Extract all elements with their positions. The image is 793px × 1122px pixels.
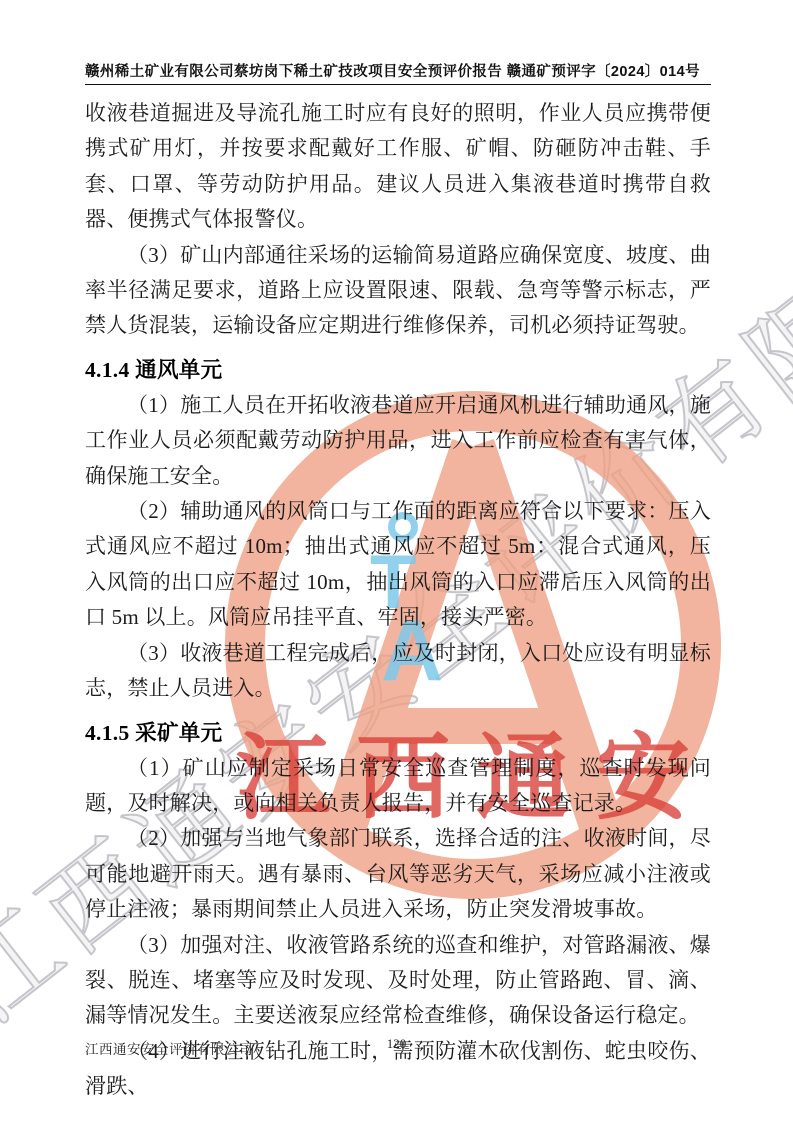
section-heading-4-1-4: 4.1.4 通风单元 bbox=[85, 353, 711, 388]
paragraph: （1）矿山应制定采场日常安全巡查管理制度，巡查时发现问题，及时解决，或向相关负责… bbox=[85, 751, 711, 822]
footer-page-number: 120 bbox=[387, 1036, 407, 1052]
document-page: 江西通安安全评价有限公司 T A 江西通安 赣州稀土矿业有限公司蔡坊岗下稀土矿技… bbox=[0, 0, 793, 1122]
footer-company-name: 江西通安安全评价有限公司 bbox=[85, 1038, 253, 1058]
paragraph: 收液巷道掘进及导流孔施工时应有良好的照明，作业人员应携带便携式矿用灯，并按要求配… bbox=[85, 96, 711, 238]
page-footer: 江西通安安全评价有限公司 120 bbox=[0, 1036, 793, 1060]
section-heading-4-1-5: 4.1.5 采矿单元 bbox=[85, 716, 711, 751]
paragraph: （3）加强对注、收液管路系统的巡查和维护，对管路漏液、爆裂、脱连、堵塞等应及时发… bbox=[85, 928, 711, 1034]
paragraph: （3）收液巷道工程完成后，应及时封闭，入口处应设有明显标志，禁止人员进入。 bbox=[85, 636, 711, 707]
paragraph: （2）加强与当地气象部门联系，选择合适的注、收液时间，尽可能地避开雨天。遇有暴雨… bbox=[85, 821, 711, 927]
paragraph: （1）施工人员在开拓收液巷道应开启通风机进行辅助通风，施工作业人员必须配戴劳动防… bbox=[85, 388, 711, 494]
document-content: 赣州稀土矿业有限公司蔡坊岗下稀土矿技改项目安全预评价报告 赣通矿预评字〔2024… bbox=[85, 60, 711, 1105]
page-header-title: 赣州稀土矿业有限公司蔡坊岗下稀土矿技改项目安全预评价报告 赣通矿预评字〔2024… bbox=[85, 60, 711, 85]
paragraph: （3）矿山内部通往采场的运输简易道路应确保宽度、坡度、曲率半径满足要求，道路上应… bbox=[85, 238, 711, 344]
paragraph: （2）辅助通风的风筒口与工作面的距离应符合以下要求：压入式通风应不超过 10m；… bbox=[85, 494, 711, 636]
